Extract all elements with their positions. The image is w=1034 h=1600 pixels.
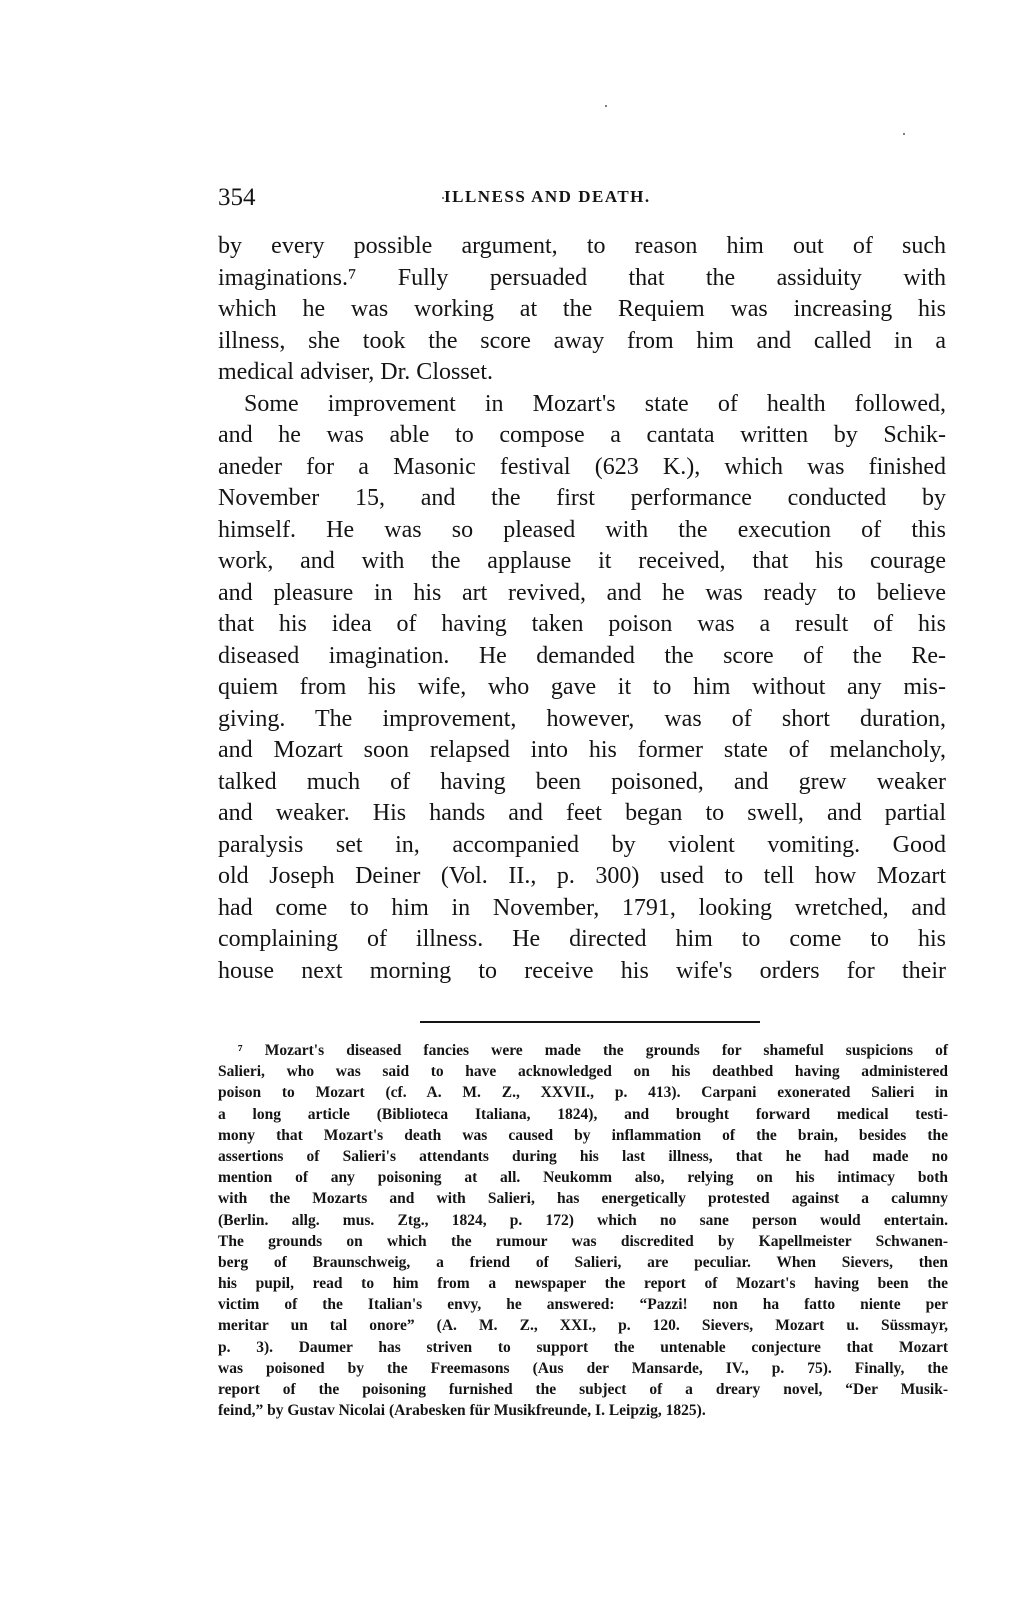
footnote-line: a long article (Biblioteca Italiana, 182…: [218, 1104, 948, 1125]
footnote-line: meritar un tal onore” (A. M. Z., XXI., p…: [218, 1315, 948, 1336]
body-line: aneder for a Masonic festival (623 K.), …: [218, 452, 946, 484]
body-line: had come to him in November, 1791, looki…: [218, 893, 946, 925]
running-head: ILLNESS AND DEATH.: [444, 187, 651, 207]
body-line: by every possible argument, to reason hi…: [218, 231, 946, 263]
footnote-line: (Berlin. allg. mus. Ztg., 1824, p. 172) …: [218, 1210, 948, 1231]
footnote-line: p. 3). Daumer has striven to support the…: [218, 1337, 948, 1358]
body-line: paralysis set in, accompanied by violent…: [218, 830, 946, 862]
body-line: medical adviser, Dr. Closset.: [218, 357, 946, 389]
body-line: imaginations.⁷ Fully persuaded that the …: [218, 263, 946, 295]
footnote-divider: [420, 1021, 760, 1023]
body-line: talked much of having been poisoned, and…: [218, 767, 946, 799]
body-line: that his idea of having taken poison was…: [218, 609, 946, 641]
body-line: November 15, and the first performance c…: [218, 483, 946, 515]
footnote-line: report of the poisoning furnished the su…: [218, 1379, 948, 1400]
body-line: old Joseph Deiner (Vol. II., p. 300) use…: [218, 861, 946, 893]
body-line: quiem from his wife, who gave it to him …: [218, 672, 946, 704]
body-line: giving. The improvement, however, was of…: [218, 704, 946, 736]
footnote-line: poison to Mozart (cf. A. M. Z., XXVII., …: [218, 1082, 948, 1103]
footnote: ⁷ Mozart's diseased fancies were made th…: [218, 1040, 948, 1421]
footnote-line: Salieri, who was said to have acknowledg…: [218, 1061, 948, 1082]
body-line: and Mozart soon relapsed into his former…: [218, 735, 946, 767]
body-line: diseased imagination. He demanded the sc…: [218, 641, 946, 673]
page-header: 354 ILLNESS AND DEATH.: [218, 184, 948, 214]
footnote-line: mony that Mozart's death was caused by i…: [218, 1125, 948, 1146]
body-line: complaining of illness. He directed him …: [218, 924, 946, 956]
footnote-line: his pupil, read to him from a newspaper …: [218, 1273, 948, 1294]
body-text: by every possible argument, to reason hi…: [218, 231, 946, 987]
body-line: and weaker. His hands and feet began to …: [218, 798, 946, 830]
footnote-line: ⁷ Mozart's diseased fancies were made th…: [218, 1040, 948, 1061]
body-line: and pleasure in his art revived, and he …: [218, 578, 946, 610]
body-line: Some improvement in Mozart's state of he…: [218, 389, 946, 421]
footnote-line: with the Mozarts and with Salieri, has e…: [218, 1188, 948, 1209]
footnote-line: berg of Braunschweig, a friend of Salier…: [218, 1252, 948, 1273]
body-line: which he was working at the Requiem was …: [218, 294, 946, 326]
body-line: house next morning to receive his wife's…: [218, 956, 946, 988]
body-line: illness, she took the score away from hi…: [218, 326, 946, 358]
footnote-line: was poisoned by the Freemasons (Aus der …: [218, 1358, 948, 1379]
footnote-line: The grounds on which the rumour was disc…: [218, 1231, 948, 1252]
scan-speck: [903, 133, 905, 135]
body-line: work, and with the applause it received,…: [218, 546, 946, 578]
scan-speck: [605, 105, 607, 107]
footnote-line: mention of any poisoning at all. Neukomm…: [218, 1167, 948, 1188]
body-line: and he was able to compose a cantata wri…: [218, 420, 946, 452]
footnote-line: feind,” by Gustav Nicolai (Arabesken für…: [218, 1400, 948, 1421]
page-number: 354: [218, 184, 256, 212]
body-line: himself. He was so pleased with the exec…: [218, 515, 946, 547]
footnote-line: assertions of Salieri's attendants durin…: [218, 1146, 948, 1167]
footnote-line: victim of the Italian's envy, he answere…: [218, 1294, 948, 1315]
